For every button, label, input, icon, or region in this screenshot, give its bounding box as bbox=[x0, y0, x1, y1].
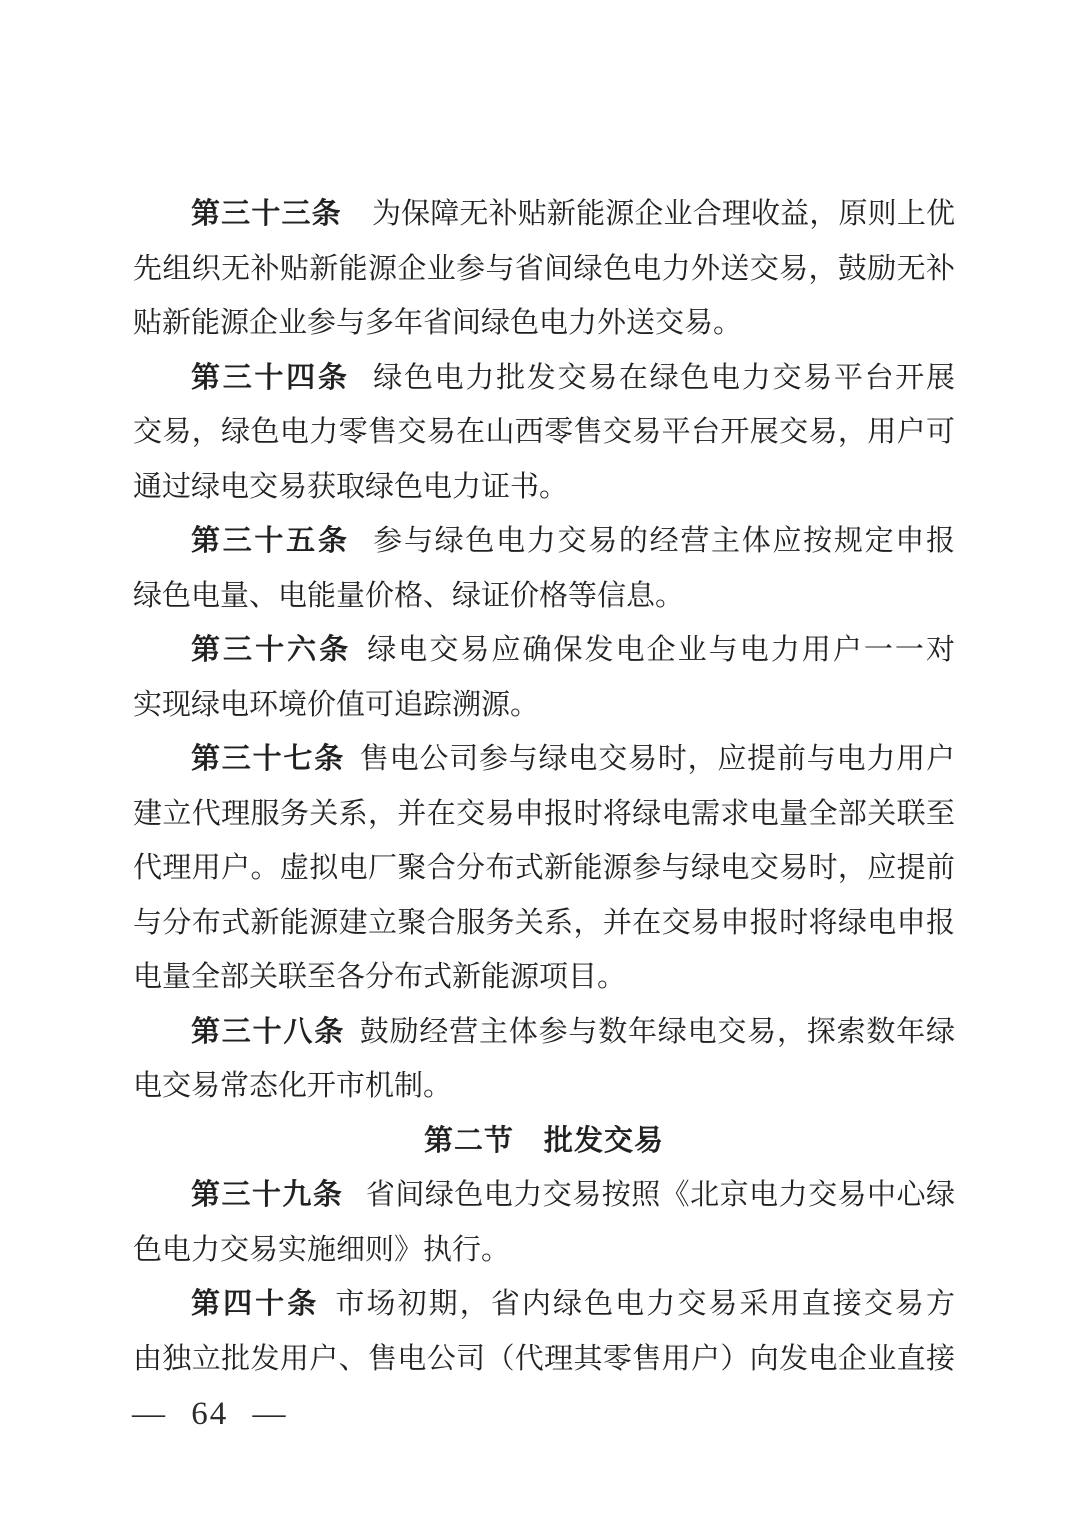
article-paragraph: 第三十三条为保障无补贴新能源企业合理收益，原则上优 先组织无补贴新能源企业参与省… bbox=[133, 187, 955, 351]
article-paragraph: 第四十条市场初期，省内绿色电力交易采用直接交易方式， 由独立批发用户、售电公司（… bbox=[133, 1277, 955, 1386]
document-content: 第三十三条为保障无补贴新能源企业合理收益，原则上优 先组织无补贴新能源企业参与省… bbox=[133, 187, 955, 1386]
article-number: 第三十八条 bbox=[191, 1016, 345, 1048]
article-line: 由独立批发用户、售电公司（代理其零售用户）向发电企业直接 bbox=[133, 1332, 955, 1387]
section-heading: 第二节 批发交易 bbox=[133, 1114, 955, 1169]
article-number: 第三十五条 bbox=[191, 525, 350, 557]
label-gap bbox=[350, 386, 372, 387]
article-line: 电量全部关联至各分布式新能源项目。 bbox=[133, 950, 955, 1005]
article-line: 第三十四条绿色电力批发交易在绿色电力交易平台开展 bbox=[133, 351, 955, 406]
article-text: 绿色电力批发交易在绿色电力交易平台开展 bbox=[372, 362, 955, 394]
label-gap bbox=[345, 1040, 359, 1041]
article-line: 与分布式新能源建立聚合服务关系，并在交易申报时将绿电申报 bbox=[133, 896, 955, 951]
article-line: 第三十五条参与绿色电力交易的经营主体应按规定申报 bbox=[133, 514, 955, 569]
article-line: 第三十七条售电公司参与绿电交易时，应提前与电力用户 bbox=[133, 732, 955, 787]
article-text: 为保障无补贴新能源企业合理收益，原则上优 bbox=[372, 198, 955, 230]
article-line: 电交易常态化开市机制。 bbox=[133, 1059, 955, 1114]
article-line: 实现绿电环境价值可追踪溯源。 bbox=[133, 678, 955, 733]
article-paragraph: 第三十八条鼓励经营主体参与数年绿电交易，探索数年绿 电交易常态化开市机制。 bbox=[133, 1005, 955, 1114]
article-line: 绿色电量、电能量价格、绿证价格等信息。 bbox=[133, 569, 955, 624]
article-line: 建立代理服务关系，并在交易申报时将绿电需求电量全部关联至 bbox=[133, 787, 955, 842]
article-number: 第三十七条 bbox=[191, 743, 345, 775]
label-gap bbox=[350, 549, 372, 550]
article-line: 贴新能源企业参与多年省间绿色电力外送交易。 bbox=[133, 296, 955, 351]
label-gap bbox=[343, 1203, 365, 1204]
article-line: 第四十条市场初期，省内绿色电力交易采用直接交易方式， bbox=[133, 1277, 955, 1332]
article-line: 交易，绿色电力零售交易在山西零售交易平台开展交易，用户可 bbox=[133, 405, 955, 460]
article-paragraph: 第三十七条售电公司参与绿电交易时，应提前与电力用户 建立代理服务关系，并在交易申… bbox=[133, 732, 955, 1005]
article-line: 通过绿电交易获取绿色电力证书。 bbox=[133, 460, 955, 515]
page-number: — 64 — bbox=[132, 1392, 288, 1436]
article-number: 第三十九条 bbox=[191, 1179, 343, 1211]
article-paragraph: 第三十六条绿电交易应确保发电企业与电力用户一一对应， 实现绿电环境价值可追踪溯源… bbox=[133, 623, 955, 732]
article-number: 第三十三条 bbox=[191, 198, 342, 230]
article-paragraph: 第三十五条参与绿色电力交易的经营主体应按规定申报 绿色电量、电能量价格、绿证价格… bbox=[133, 514, 955, 623]
article-text: 省间绿色电力交易按照《北京电力交易中心绿 bbox=[365, 1179, 955, 1211]
article-line: 第三十六条绿电交易应确保发电企业与电力用户一一对应， bbox=[133, 623, 955, 678]
article-number: 第三十六条 bbox=[191, 634, 351, 666]
article-number: 第四十条 bbox=[191, 1288, 319, 1320]
article-line: 色电力交易实施细则》执行。 bbox=[133, 1223, 955, 1278]
label-gap bbox=[345, 767, 359, 768]
article-line: 先组织无补贴新能源企业参与省间绿色电力外送交易，鼓励无补 bbox=[133, 242, 955, 297]
article-line: 代理用户。虚拟电厂聚合分布式新能源参与绿电交易时，应提前 bbox=[133, 841, 955, 896]
article-paragraph: 第三十四条绿色电力批发交易在绿色电力交易平台开展 交易，绿色电力零售交易在山西零… bbox=[133, 351, 955, 515]
article-number: 第三十四条 bbox=[191, 362, 350, 394]
article-text: 售电公司参与绿电交易时，应提前与电力用户 bbox=[359, 743, 955, 775]
article-line: 第三十三条为保障无补贴新能源企业合理收益，原则上优 bbox=[133, 187, 955, 242]
article-text: 鼓励经营主体参与数年绿电交易，探索数年绿 bbox=[359, 1016, 955, 1048]
label-gap bbox=[319, 1312, 333, 1313]
article-line: 第三十九条省间绿色电力交易按照《北京电力交易中心绿 bbox=[133, 1168, 955, 1223]
article-paragraph: 第三十九条省间绿色电力交易按照《北京电力交易中心绿 色电力交易实施细则》执行。 bbox=[133, 1168, 955, 1277]
document-page: 第三十三条为保障无补贴新能源企业合理收益，原则上优 先组织无补贴新能源企业参与省… bbox=[0, 0, 1080, 1527]
label-gap bbox=[342, 222, 372, 223]
article-text: 参与绿色电力交易的经营主体应按规定申报 bbox=[372, 525, 955, 557]
article-line: 第三十八条鼓励经营主体参与数年绿电交易，探索数年绿 bbox=[133, 1005, 955, 1060]
label-gap bbox=[351, 658, 365, 659]
